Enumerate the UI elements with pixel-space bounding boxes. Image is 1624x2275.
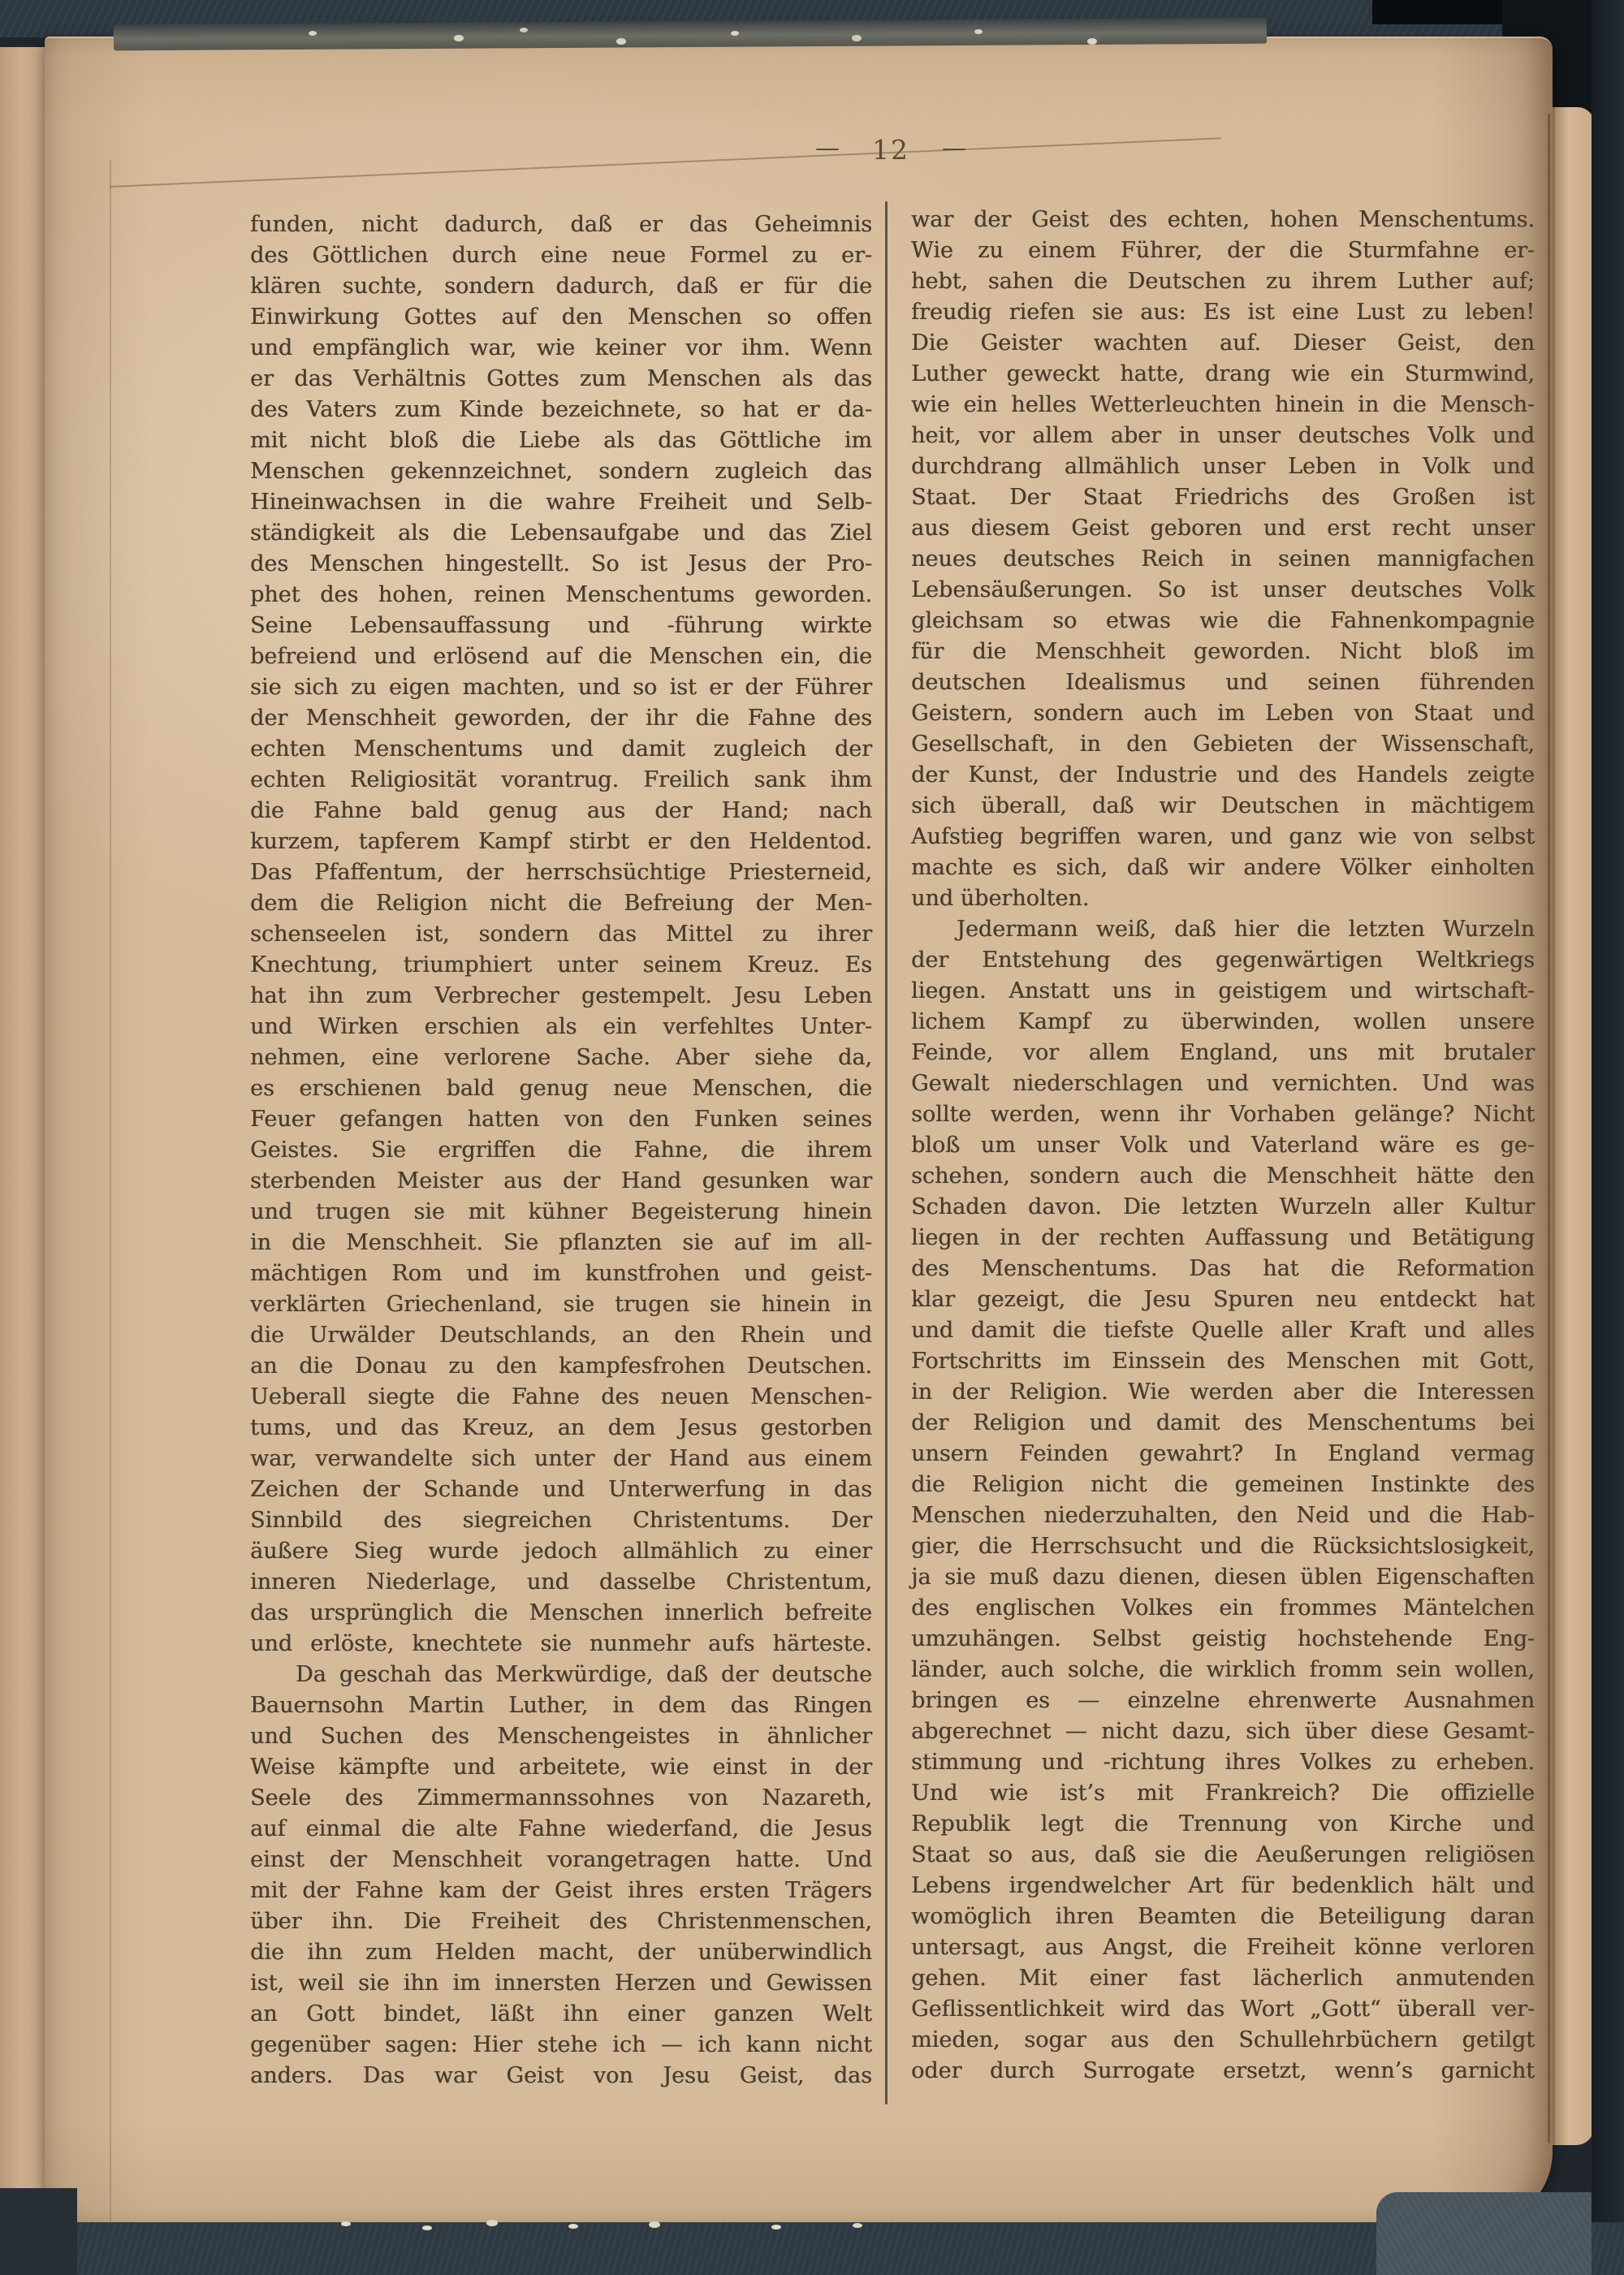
- text-line: der Kunst, der Industrie und des Handels…: [911, 760, 1535, 791]
- text-line: Hineinwachsen in die wahre Freiheit und …: [250, 487, 872, 518]
- text-column-left: funden, nicht dadurch, daß er das Geheim…: [250, 209, 872, 2092]
- text-line: machte es sich, daß wir andere Völker ei…: [911, 853, 1535, 883]
- text-line: Menschen gekennzeichnet, sondern zugleic…: [250, 456, 872, 487]
- text-line: für die Menschheit geworden. Nicht bloß …: [911, 637, 1535, 667]
- text-line: Geflissentlichkeit wird das Wort „Gott“ …: [911, 1994, 1535, 2025]
- text-line: gleichsam so etwas wie die Fahnenkompagn…: [911, 606, 1535, 637]
- text-line: das ursprünglich die Menschen innerlich …: [250, 1598, 872, 1629]
- text-line: liegen. Anstatt uns in geistigem und wir…: [911, 976, 1535, 1007]
- text-line: Seele des Zimmermannssohnes von Nazareth…: [250, 1783, 872, 1814]
- text-line: in der Religion. Wie werden aber die Int…: [911, 1377, 1535, 1408]
- text-line: liegen in der rechten Auffassung und Bet…: [911, 1223, 1535, 1254]
- text-line: mieden, sogar aus den Schullehrbüchern g…: [911, 2025, 1535, 2056]
- text-line: in die Menschheit. Sie pflanzten sie auf…: [250, 1228, 872, 1258]
- text-line: Feinde, vor allem England, uns mit bruta…: [911, 1038, 1535, 1068]
- text-line: funden, nicht dadurch, daß er das Geheim…: [250, 209, 872, 240]
- text-line: Das Pfaffentum, der herrschsüchtige Prie…: [250, 857, 872, 888]
- text-line: echten Religiosität vorantrug. Freilich …: [250, 765, 872, 796]
- page-crease-diagonal: [110, 137, 1221, 188]
- text-line: Geistern, sondern auch im Leben von Staa…: [911, 698, 1535, 729]
- text-line: Sinnbild des siegreichen Christentums. D…: [250, 1505, 872, 1536]
- text-line: freudig riefen sie aus: Es ist eine Lust…: [911, 297, 1535, 328]
- text-line: bringen es — einzelne ehrenwerte Ausnahm…: [911, 1686, 1535, 1716]
- text-line: die Urwälder Deutschlands, an den Rhein …: [250, 1320, 872, 1351]
- text-line: einst der Menschheit vorangetragen hatte…: [250, 1845, 872, 1876]
- torn-paper-specks-bottom: [341, 2221, 351, 2226]
- background-gap: [1372, 0, 1514, 24]
- page-crease-vertical: [110, 160, 111, 2234]
- text-line: Geistes. Sie ergriffen die Fahne, die ih…: [250, 1135, 872, 1166]
- text-line: Jedermann weiß, daß hier die letzten Wur…: [911, 914, 1535, 945]
- text-line: abgerechnet — nicht dazu, sich über dies…: [911, 1716, 1535, 1747]
- text-line: Einwirkung Gottes auf den Menschen so of…: [250, 302, 872, 333]
- text-line: Da geschah das Merkwürdige, daß der deut…: [250, 1660, 872, 1690]
- text-line: befreiend und erlösend auf die Menschen …: [250, 641, 872, 672]
- text-line: auf einmal die alte Fahne wiederfand, di…: [250, 1814, 872, 1845]
- text-line: und trugen sie mit kühner Begeisterung h…: [250, 1197, 872, 1228]
- header-dash-left: —: [815, 134, 840, 162]
- text-line: länder, auch solche, die wirklich fromm …: [911, 1655, 1535, 1686]
- text-line: Ueberall siegte die Fahne des neuen Mens…: [250, 1382, 872, 1413]
- text-line: und erlöste, knechtete sie nunmehr aufs …: [250, 1629, 872, 1660]
- text-line: Aufstieg begriffen waren, und ganz wie v…: [911, 822, 1535, 853]
- text-line: klar gezeigt, die Jesu Spuren neu entdec…: [911, 1284, 1535, 1315]
- text-line: war, verwandelte sich unter der Hand aus…: [250, 1444, 872, 1474]
- text-column-right: war der Geist des echten, hohen Menschen…: [911, 205, 1535, 2087]
- text-line: die Religion nicht die gemeinen Instinkt…: [911, 1470, 1535, 1500]
- text-line: neues deutsches Reich in seinen mannigfa…: [911, 544, 1535, 575]
- text-line: dem die Religion nicht die Befreiung der…: [250, 888, 872, 919]
- text-line: unsern Feinden gewahrt? In England verma…: [911, 1439, 1535, 1470]
- text-line: und Wirken erschien als ein verfehltes U…: [250, 1012, 872, 1043]
- text-line: lichem Kampf zu überwinden, wollen unser…: [911, 1007, 1535, 1038]
- text-line: der Entstehung des gegenwärtigen Weltkri…: [911, 945, 1535, 976]
- text-line: und empfänglich war, wie keiner vor ihm.…: [250, 333, 872, 364]
- text-line: der Religion und damit des Menschentums …: [911, 1408, 1535, 1439]
- text-line: ständigkeit als die Lebensaufgabe und da…: [250, 518, 872, 549]
- text-line: sie sich zu eigen machten, und so ist er…: [250, 672, 872, 703]
- text-line: sollte werden, wenn ihr Vorhaben gelänge…: [911, 1099, 1535, 1130]
- text-line: schehen, sondern auch die Menschheit hät…: [911, 1161, 1535, 1192]
- text-line: nehmen, eine verlorene Sache. Aber siehe…: [250, 1043, 872, 1073]
- text-line: Bauernsohn Martin Luther, in dem das Rin…: [250, 1690, 872, 1721]
- text-line: oder durch Surrogate ersetzt, wenn’s gar…: [911, 2056, 1535, 2087]
- text-line: äußere Sieg wurde jedoch allmählich zu e…: [250, 1536, 872, 1567]
- text-line: hebt, sahen die Deutschen zu ihrem Luthe…: [911, 266, 1535, 297]
- text-line: Knechtung, triumphiert unter seinem Kreu…: [250, 950, 872, 981]
- text-line: tums, und das Kreuz, an dem Jesus gestor…: [250, 1413, 872, 1444]
- text-line: echten Menschentums und damit zugleich d…: [250, 734, 872, 765]
- text-line: umzuhängen. Selbst geistig hochstehende …: [911, 1624, 1535, 1655]
- text-line: stimmung und -richtung ihres Volkes zu e…: [911, 1747, 1535, 1778]
- text-line: schenseelen ist, sondern das Mittel zu i…: [250, 919, 872, 950]
- text-line: ja sie muß dazu dienen, diesen üblen Eig…: [911, 1562, 1535, 1593]
- book-scan: — 12 — funden, nicht dadurch, daß er das…: [0, 0, 1624, 2275]
- text-line: Lebensäußerungen. So ist unser deutsches…: [911, 575, 1535, 606]
- text-line: Staat. Der Staat Friedrichs des Großen i…: [911, 482, 1535, 513]
- text-line: und Suchen des Menschengeistes in ähnlic…: [250, 1721, 872, 1752]
- text-line: die ihn zum Helden macht, der unüberwind…: [250, 1937, 872, 1968]
- text-line: wie ein helles Wetterleuchten hinein in …: [911, 390, 1535, 421]
- text-line: Gesellschaft, in den Gebieten der Wissen…: [911, 729, 1535, 760]
- text-line: ist, weil sie ihn im innersten Herzen un…: [250, 1968, 872, 1999]
- text-line: untersagt, aus Angst, die Freiheit könne…: [911, 1932, 1535, 1963]
- text-line: mit nicht bloß die Liebe als das Göttlic…: [250, 425, 872, 456]
- text-line: er das Verhältnis Gottes zum Menschen al…: [250, 364, 872, 395]
- text-line: Staat so aus, daß sie die Aeußerungen re…: [911, 1840, 1535, 1871]
- text-line: gier, die Herrschsucht und die Rücksicht…: [911, 1531, 1535, 1562]
- text-line: kurzem, tapferem Kampf stirbt er den Hel…: [250, 827, 872, 857]
- text-line: womöglich ihren Beamten die Beteiligung …: [911, 1902, 1535, 1932]
- torn-paper-specks-top: [309, 31, 317, 36]
- text-line: aus diesem Geist geboren und erst recht …: [911, 513, 1535, 544]
- text-line: klären suchte, sondern dadurch, daß er f…: [250, 271, 872, 302]
- text-line: über ihn. Die Freiheit des Christenmensc…: [250, 1906, 872, 1937]
- text-line: des Vaters zum Kinde bezeichnete, so hat…: [250, 395, 872, 425]
- text-line: deutschen Idealismus und seinen führende…: [911, 667, 1535, 698]
- text-line: Wie zu einem Führer, der die Sturmfahne …: [911, 235, 1535, 266]
- text-line: gegenüber sagen: Hier stehe ich — ich ka…: [250, 2030, 872, 2061]
- text-line: heit, vor allem aber in unser deutsches …: [911, 421, 1535, 451]
- text-line: Feuer gefangen hatten von den Funken sei…: [250, 1104, 872, 1135]
- text-line: des englischen Volkes ein frommes Mäntel…: [911, 1593, 1535, 1624]
- text-line: verklärten Griechenland, sie trugen sie …: [250, 1289, 872, 1320]
- text-line: sterbenden Meister aus der Hand gesunken…: [250, 1166, 872, 1197]
- text-line: Republik legt die Trennung von Kirche un…: [911, 1809, 1535, 1840]
- cover-edge-right: [1592, 0, 1624, 2275]
- column-divider-rule: [885, 201, 888, 2104]
- cover-corner-bottom-left: [0, 2188, 77, 2275]
- text-line: Zeichen der Schande und Unterwerfung in …: [250, 1474, 872, 1505]
- text-line: es erschienen bald genug neue Menschen, …: [250, 1073, 872, 1104]
- text-line: des Göttlichen durch eine neue Formel zu…: [250, 240, 872, 271]
- text-line: des Menschen hingestellt. So ist Jesus d…: [250, 549, 872, 580]
- text-line: und überholten.: [911, 883, 1535, 914]
- text-line: Fortschritts im Einssein des Menschen mi…: [911, 1346, 1535, 1377]
- text-line: die Fahne bald genug aus der Hand; nach: [250, 796, 872, 827]
- text-line: Die Geister wachten auf. Dieser Geist, d…: [911, 328, 1535, 359]
- text-line: sich überall, daß wir Deutschen in mächt…: [911, 791, 1535, 822]
- text-line: anders. Das war Geist von Jesu Geist, da…: [250, 2061, 872, 2092]
- page-fold-right: [1548, 114, 1550, 2143]
- text-line: war der Geist des echten, hohen Menschen…: [911, 205, 1535, 235]
- text-line: der Menschheit geworden, der ihr die Fah…: [250, 703, 872, 734]
- text-line: Schaden davon. Die letzten Wurzeln aller…: [911, 1192, 1535, 1223]
- text-line: bloß um unser Volk und Vaterland wäre es…: [911, 1130, 1535, 1161]
- text-line: und damit die tiefste Quelle aller Kraft…: [911, 1315, 1535, 1346]
- text-line: mächtigen Rom und im kunstfrohen und gei…: [250, 1258, 872, 1289]
- page-header: — 12 —: [815, 132, 966, 167]
- text-line: gehen. Mit einer fast lächerlich anmuten…: [911, 1963, 1535, 1994]
- text-line: Lebens irgendwelcher Art für bedenklich …: [911, 1871, 1535, 1902]
- text-line: des Menschentums. Das hat die Reformatio…: [911, 1254, 1535, 1284]
- cover-block-bottom-right: [1376, 2192, 1592, 2275]
- next-page-edge-right: [1553, 107, 1594, 2145]
- text-line: phet des hohen, reinen Menschentums gewo…: [250, 580, 872, 611]
- text-line: durchdrang allmählich unser Leben in Vol…: [911, 451, 1535, 482]
- header-dash-right: —: [942, 134, 966, 162]
- text-line: Menschen niederzuhalten, den Neid und di…: [911, 1500, 1535, 1531]
- text-line: Seine Lebensauffassung und -führung wirk…: [250, 611, 872, 641]
- page-number: 12: [872, 134, 909, 166]
- text-line: an Gott bindet, läßt ihn einer ganzen We…: [250, 1999, 872, 2030]
- text-line: hat ihn zum Verbrecher gestempelt. Jesu …: [250, 981, 872, 1012]
- text-line: inneren Niederlage, und dasselbe Christe…: [250, 1567, 872, 1598]
- text-line: Luther geweckt hatte, drang wie ein Stur…: [911, 359, 1535, 390]
- text-line: an die Donau zu den kampfesfrohen Deutsc…: [250, 1351, 872, 1382]
- text-line: Gewalt niederschlagen und vernichten. Un…: [911, 1068, 1535, 1099]
- text-line: Und wie ist’s mit Frankreich? Die offizi…: [911, 1778, 1535, 1809]
- text-line: Weise kämpfte und arbeitete, wie einst i…: [250, 1752, 872, 1783]
- text-line: mit der Fahne kam der Geist ihres ersten…: [250, 1876, 872, 1906]
